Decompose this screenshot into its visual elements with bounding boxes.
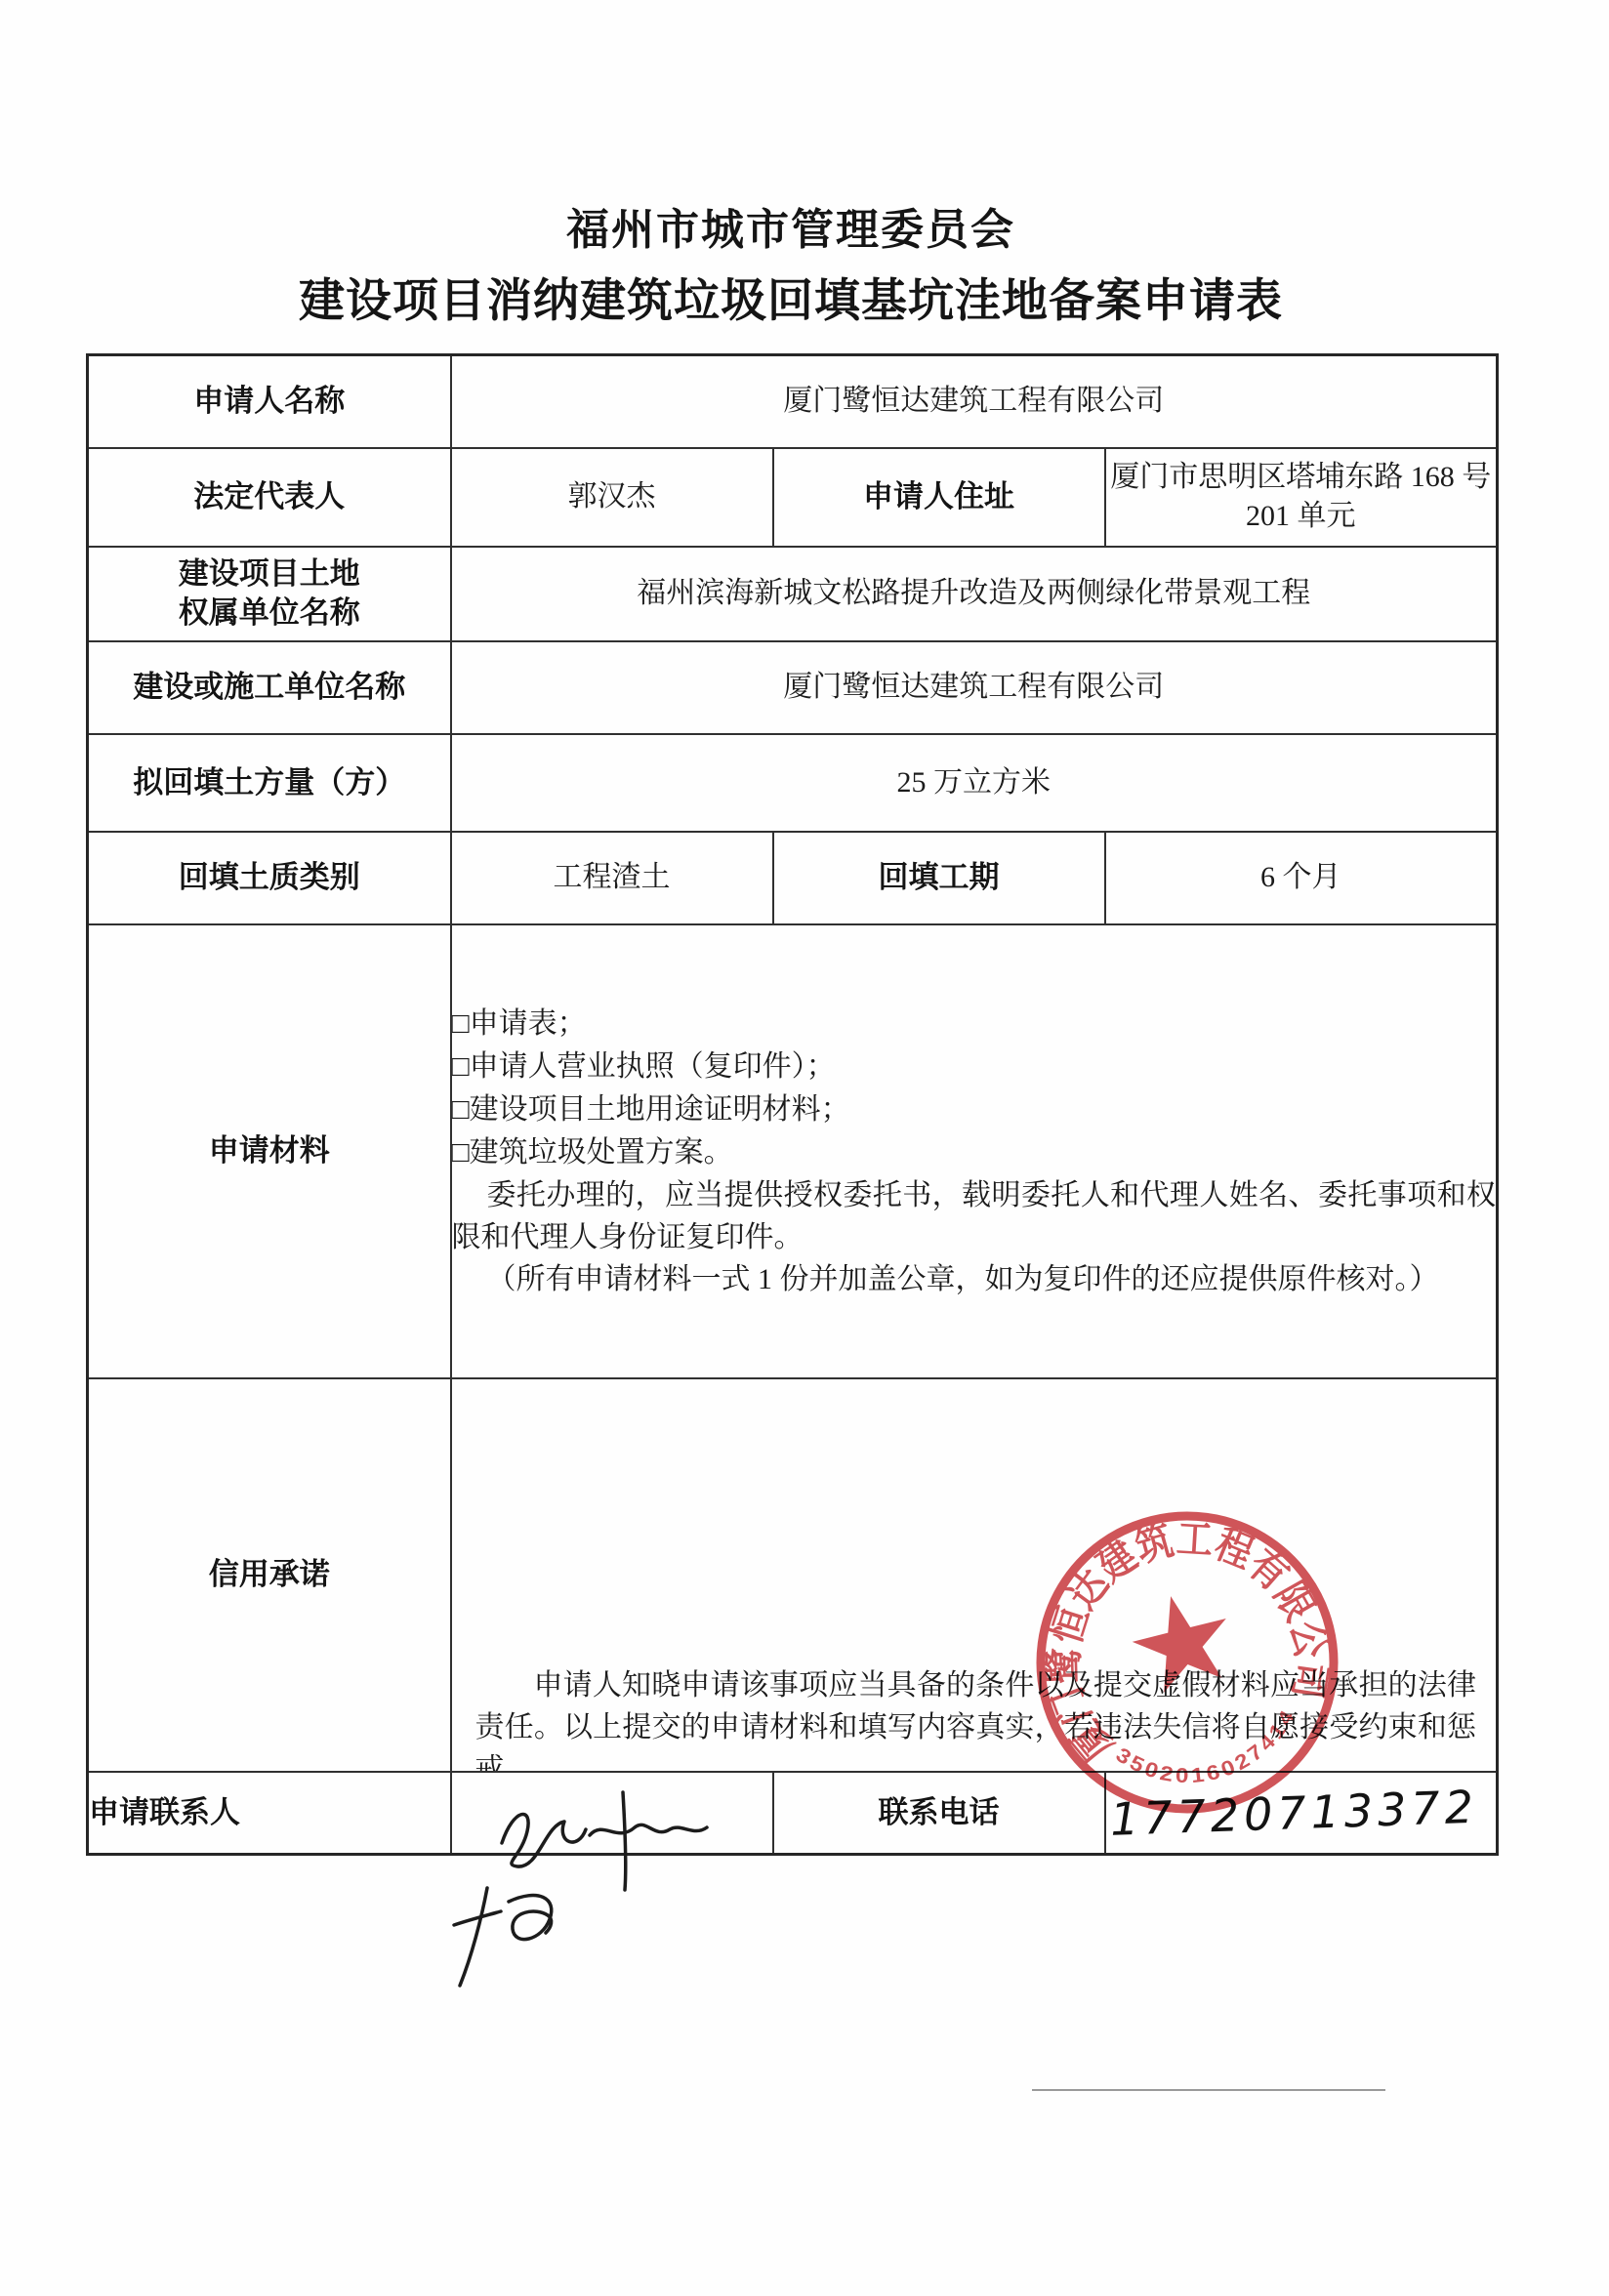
application-form-table: 申请人名称 厦门鹭恒达建筑工程有限公司 法定代表人 郭汉杰 申请人住址 厦门市思… — [86, 353, 1499, 1856]
materials-copies-paragraph: （所有申请材料一式 1 份并加盖公章，如为复印件的还应提供原件核对。） — [452, 1258, 1497, 1300]
title-org-name: 福州市城市管理委员会 — [0, 207, 1582, 254]
contact-phone-label: 联系电话 — [773, 1772, 1105, 1855]
row-backfill-volume: 拟回填土方量（方） 25 万立方米 — [88, 734, 1498, 832]
backfill-period-label: 回填工期 — [773, 832, 1105, 924]
land-owner-unit-label-line2: 权属单位名称 — [89, 594, 450, 633]
application-materials-label: 申请材料 — [88, 924, 451, 1378]
soil-type-label: 回填土质类别 — [88, 832, 451, 924]
legal-representative-label: 法定代表人 — [88, 448, 451, 547]
document-title: 福州市城市管理委员会 建设项目消纳建筑垃圾回填基坑洼地备案申请表 — [0, 207, 1582, 326]
soil-type-value: 工程渣土 — [451, 832, 773, 924]
applicant-address-value: 厦门市思明区塔埔东路 168 号 201 单元 — [1105, 448, 1498, 547]
scan-artifact-line — [1032, 2089, 1385, 2091]
row-legal-representative: 法定代表人 郭汉杰 申请人住址 厦门市思明区塔埔东路 168 号 201 单元 — [88, 448, 1498, 547]
application-materials-content: □申请表； □申请人营业执照（复印件）； □建设项目土地用途证明材料； □建筑垃… — [451, 924, 1498, 1378]
applicant-name-label: 申请人名称 — [88, 355, 451, 448]
backfill-volume-value: 25 万立方米 — [451, 734, 1498, 832]
material-checklist-item: □建设项目土地用途证明材料； — [452, 1088, 1497, 1131]
row-construction-unit: 建设或施工单位名称 厦门鹭恒达建筑工程有限公司 — [88, 641, 1498, 734]
construction-unit-value: 厦门鹭恒达建筑工程有限公司 — [451, 641, 1498, 734]
row-application-materials: 申请材料 □申请表； □申请人营业执照（复印件）； □建设项目土地用途证明材料；… — [88, 924, 1498, 1378]
backfill-period-value: 6 个月 — [1105, 832, 1498, 924]
row-applicant-name: 申请人名称 厦门鹭恒达建筑工程有限公司 — [88, 355, 1498, 448]
row-soil-type-period: 回填土质类别 工程渣土 回填工期 6 个月 — [88, 832, 1498, 924]
credit-commitment-content: 申请人知晓申请该事项应当具备的条件以及提交虚假材料应当承担的法律责任。以上提交的… — [451, 1378, 1498, 1772]
contact-person-signature-cell — [451, 1772, 773, 1855]
stray-handwriting-mark — [444, 1876, 576, 1993]
row-land-owner-unit: 建设项目土地 权属单位名称 福州滨海新城文松路提升改造及两侧绿化带景观工程 — [88, 547, 1498, 641]
land-owner-unit-label: 建设项目土地 权属单位名称 — [88, 547, 451, 641]
applicant-address-label: 申请人住址 — [773, 448, 1105, 547]
contact-phone-handwritten: 17720713372 — [1105, 1780, 1497, 1846]
material-checklist-item: □建筑垃圾处置方案。 — [452, 1131, 1497, 1174]
row-contact: 申请联系人 联系电话 17720713372 — [88, 1772, 1498, 1855]
row-credit-commitment: 信用承诺 申请人知晓申请该事项应当具备的条件以及提交虚假材料应当承担的法律责任。… — [88, 1378, 1498, 1772]
materials-delegation-paragraph: 委托办理的，应当提供授权委托书，载明委托人和代理人姓名、委托事项和权限和代理人身… — [452, 1174, 1497, 1258]
material-checklist-item: □申请人营业执照（复印件）； — [452, 1045, 1497, 1088]
backfill-volume-label: 拟回填土方量（方） — [88, 734, 451, 832]
scanned-form-page: 福州市城市管理委员会 建设项目消纳建筑垃圾回填基坑洼地备案申请表 申请人名称 厦… — [0, 0, 1609, 2296]
applicant-name-value: 厦门鹭恒达建筑工程有限公司 — [451, 355, 1498, 448]
land-owner-unit-value: 福州滨海新城文松路提升改造及两侧绿化带景观工程 — [451, 547, 1498, 641]
credit-commitment-paragraph: 申请人知晓申请该事项应当具备的条件以及提交虚假材料应当承担的法律责任。以上提交的… — [475, 1664, 1477, 1772]
material-checklist-item: □申请表； — [452, 1003, 1497, 1045]
construction-unit-label: 建设或施工单位名称 — [88, 641, 451, 734]
credit-commitment-label: 信用承诺 — [88, 1378, 451, 1772]
title-form-name: 建设项目消纳建筑垃圾回填基坑洼地备案申请表 — [0, 275, 1582, 326]
contact-phone-cell: 17720713372 — [1105, 1772, 1498, 1855]
contact-person-label: 申请联系人 — [88, 1772, 451, 1855]
legal-representative-value: 郭汉杰 — [451, 448, 773, 547]
land-owner-unit-label-line1: 建设项目土地 — [89, 554, 450, 594]
